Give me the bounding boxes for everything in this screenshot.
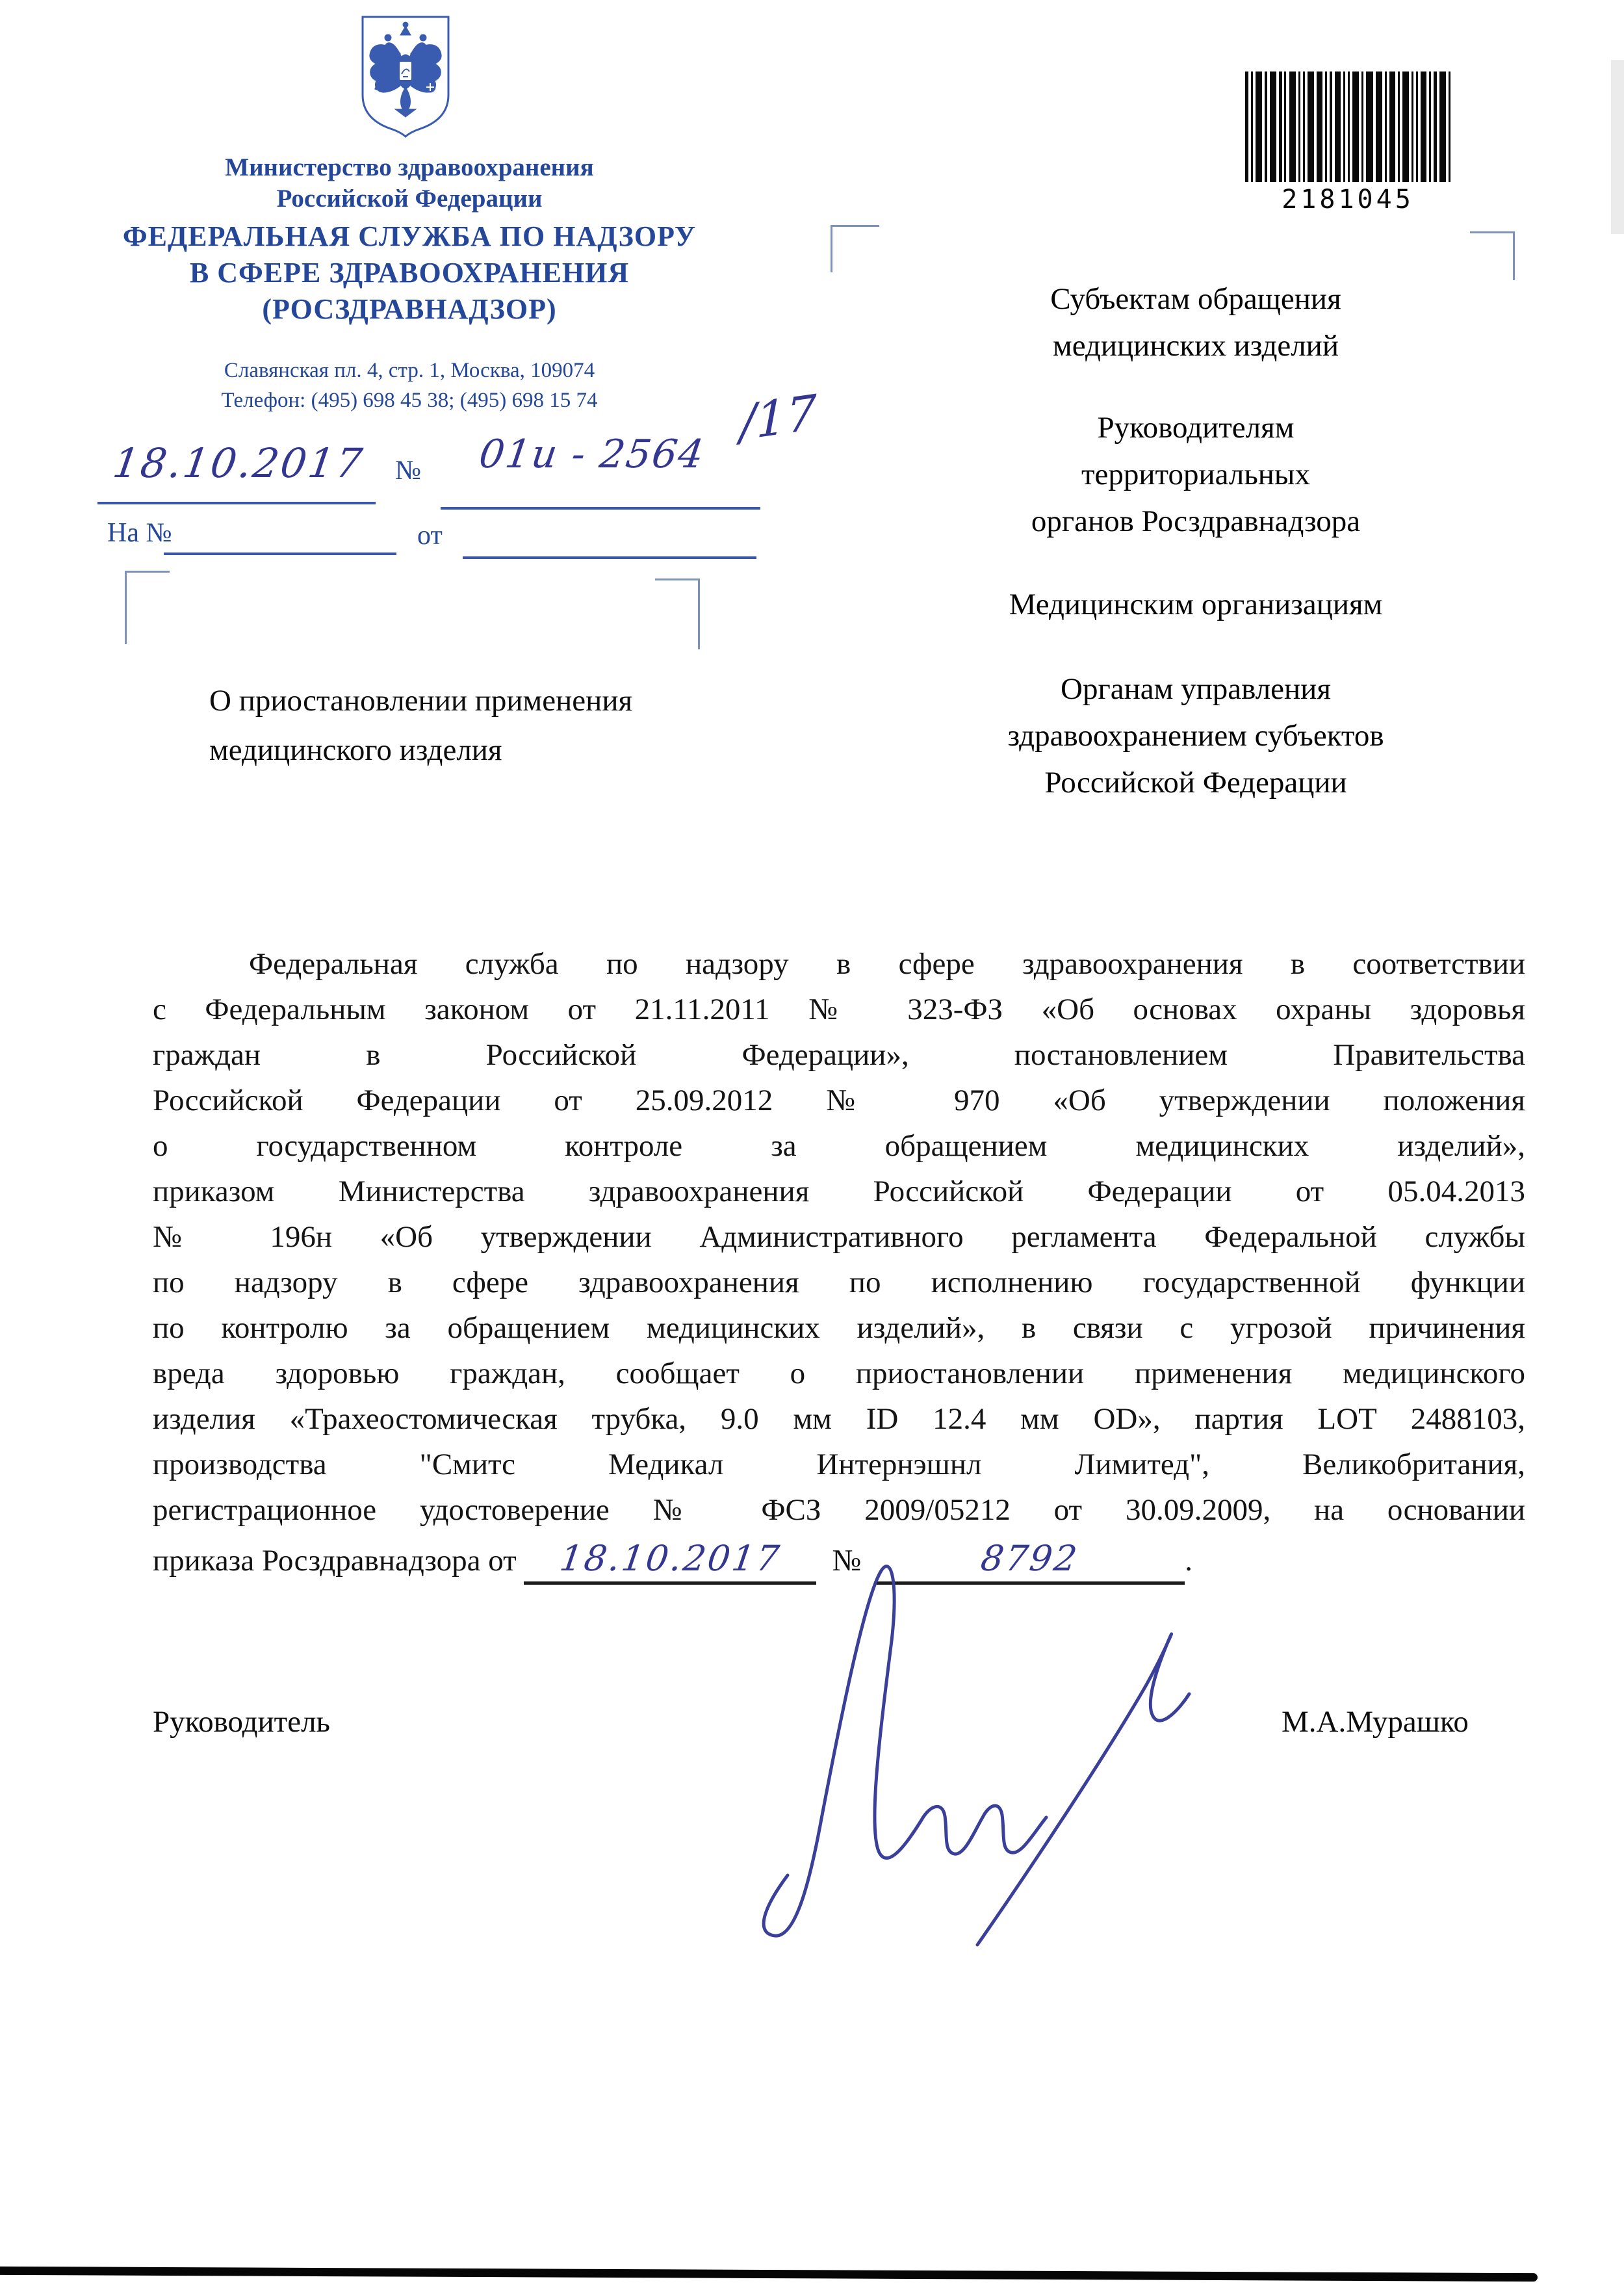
body-text: Федеральная служба по надзору в сфере зд… <box>153 944 1525 1535</box>
ministry-name: Министерство здравоохранения Российской … <box>26 152 793 214</box>
service-line3: (РОСЗДРАВНАДЗОР) <box>26 291 793 328</box>
reply-from-label: от <box>417 520 443 551</box>
subject-block: О приостановлении применения медицинског… <box>209 676 768 775</box>
number-sign-label: № <box>395 455 421 486</box>
outgoing-number-handwritten: 01и - 2564 <box>436 432 748 477</box>
signer-title: Руководитель <box>153 1704 330 1739</box>
recipient-group-1: Субъектам обращения медицинских изделий <box>897 276 1495 369</box>
body-line: с Федеральным законом от 21.11.2011 № 32… <box>153 989 1525 1035</box>
service-line1: ФЕДЕРАЛЬНАЯ СЛУЖБА ПО НАДЗОРУ <box>26 218 793 255</box>
corner-bracket-subject-left <box>125 571 170 644</box>
service-name: ФЕДЕРАЛЬНАЯ СЛУЖБА ПО НАДЗОРУ В СФЕРЕ ЗД… <box>26 218 793 328</box>
postal-address: Славянская пл. 4, стр. 1, Москва, 109074 <box>26 359 793 383</box>
body-line: изделия «Трахеостомическая трубка, 9.0 м… <box>153 1399 1525 1444</box>
reply-number-underline <box>164 552 396 555</box>
corner-bracket-subject-right <box>655 578 700 649</box>
body-line: приказом Министерства здравоохранения Ро… <box>153 1171 1525 1217</box>
reply-to-number-label: На № <box>107 517 172 549</box>
body-line: регистрационное удостоверение № ФСЗ 2009… <box>153 1490 1525 1535</box>
body-line: граждан в Российской Федерации», постано… <box>153 1035 1525 1080</box>
scan-shadow-right <box>1611 60 1624 234</box>
order-prefix: приказа Росздравнадзора от <box>153 1544 517 1578</box>
recipient-line: здравоохранением субъектов <box>897 712 1495 759</box>
body-line: № 196н «Об утверждении Административного… <box>153 1217 1525 1262</box>
recipient-line: Руководителям <box>897 404 1495 451</box>
barcode-number: 2181045 <box>1245 185 1450 214</box>
date-underline <box>97 502 376 504</box>
body-line: вреда здоровью граждан, сообщает о приос… <box>153 1353 1525 1399</box>
recipient-group-4: Органам управления здравоохранением субъ… <box>897 666 1495 806</box>
subject-line2: медицинского изделия <box>209 725 768 775</box>
body-line: по контролю за обращением медицинских из… <box>153 1308 1525 1353</box>
outgoing-number-suffix-handwritten: /17 <box>740 384 817 451</box>
recipient-line: Органам управления <box>897 666 1495 712</box>
body-line: о государственном контроле за обращением… <box>153 1126 1525 1171</box>
recipient-line: Субъектам обращения <box>897 276 1495 322</box>
recipient-group-2: Руководителям территориальных органов Ро… <box>897 404 1495 545</box>
corner-bracket-address-left <box>831 225 879 272</box>
recipient-line: Российской Федерации <box>897 759 1495 806</box>
ministry-line2: Российской Федерации <box>26 183 793 214</box>
subject-line1: О приостановлении применения <box>209 676 768 725</box>
coat-of-arms-icon <box>356 12 455 139</box>
service-line2: В СФЕРЕ ЗДРАВООХРАНЕНИЯ <box>26 255 793 291</box>
recipient-line: медицинских изделий <box>897 322 1495 369</box>
scanned-letter-page: Министерство здравоохранения Российской … <box>0 0 1624 2288</box>
page-bottom-scan-edge <box>0 2267 1538 2281</box>
body-line: по надзору в сфере здравоохранения по ис… <box>153 1262 1525 1308</box>
recipient-group-3: Медицинским организациям <box>897 581 1495 628</box>
phone-line: Телефон: (495) 698 45 38; (495) 698 15 7… <box>26 389 793 413</box>
reply-date-underline <box>463 556 756 559</box>
number-underline <box>441 507 760 510</box>
signer-name: М.А.Мурашко <box>1282 1704 1469 1739</box>
corner-bracket-address-right <box>1470 231 1515 280</box>
signature-stroke <box>723 1547 1223 1956</box>
ministry-line1: Министерство здравоохранения <box>26 152 793 183</box>
body-line: производства "Смитс Медикал Интернэшнл Л… <box>153 1444 1525 1490</box>
outgoing-date-handwritten: 18.10.2017 <box>96 439 381 487</box>
body-line: Федеральная служба по надзору в сфере зд… <box>153 944 1525 989</box>
barcode <box>1245 71 1450 182</box>
body-line: Российской Федерации от 25.09.2012 № 970… <box>153 1080 1525 1126</box>
recipient-line: Медицинским организациям <box>897 581 1495 628</box>
recipient-line: органов Росздравнадзора <box>897 498 1495 545</box>
recipient-line: территориальных <box>897 451 1495 498</box>
